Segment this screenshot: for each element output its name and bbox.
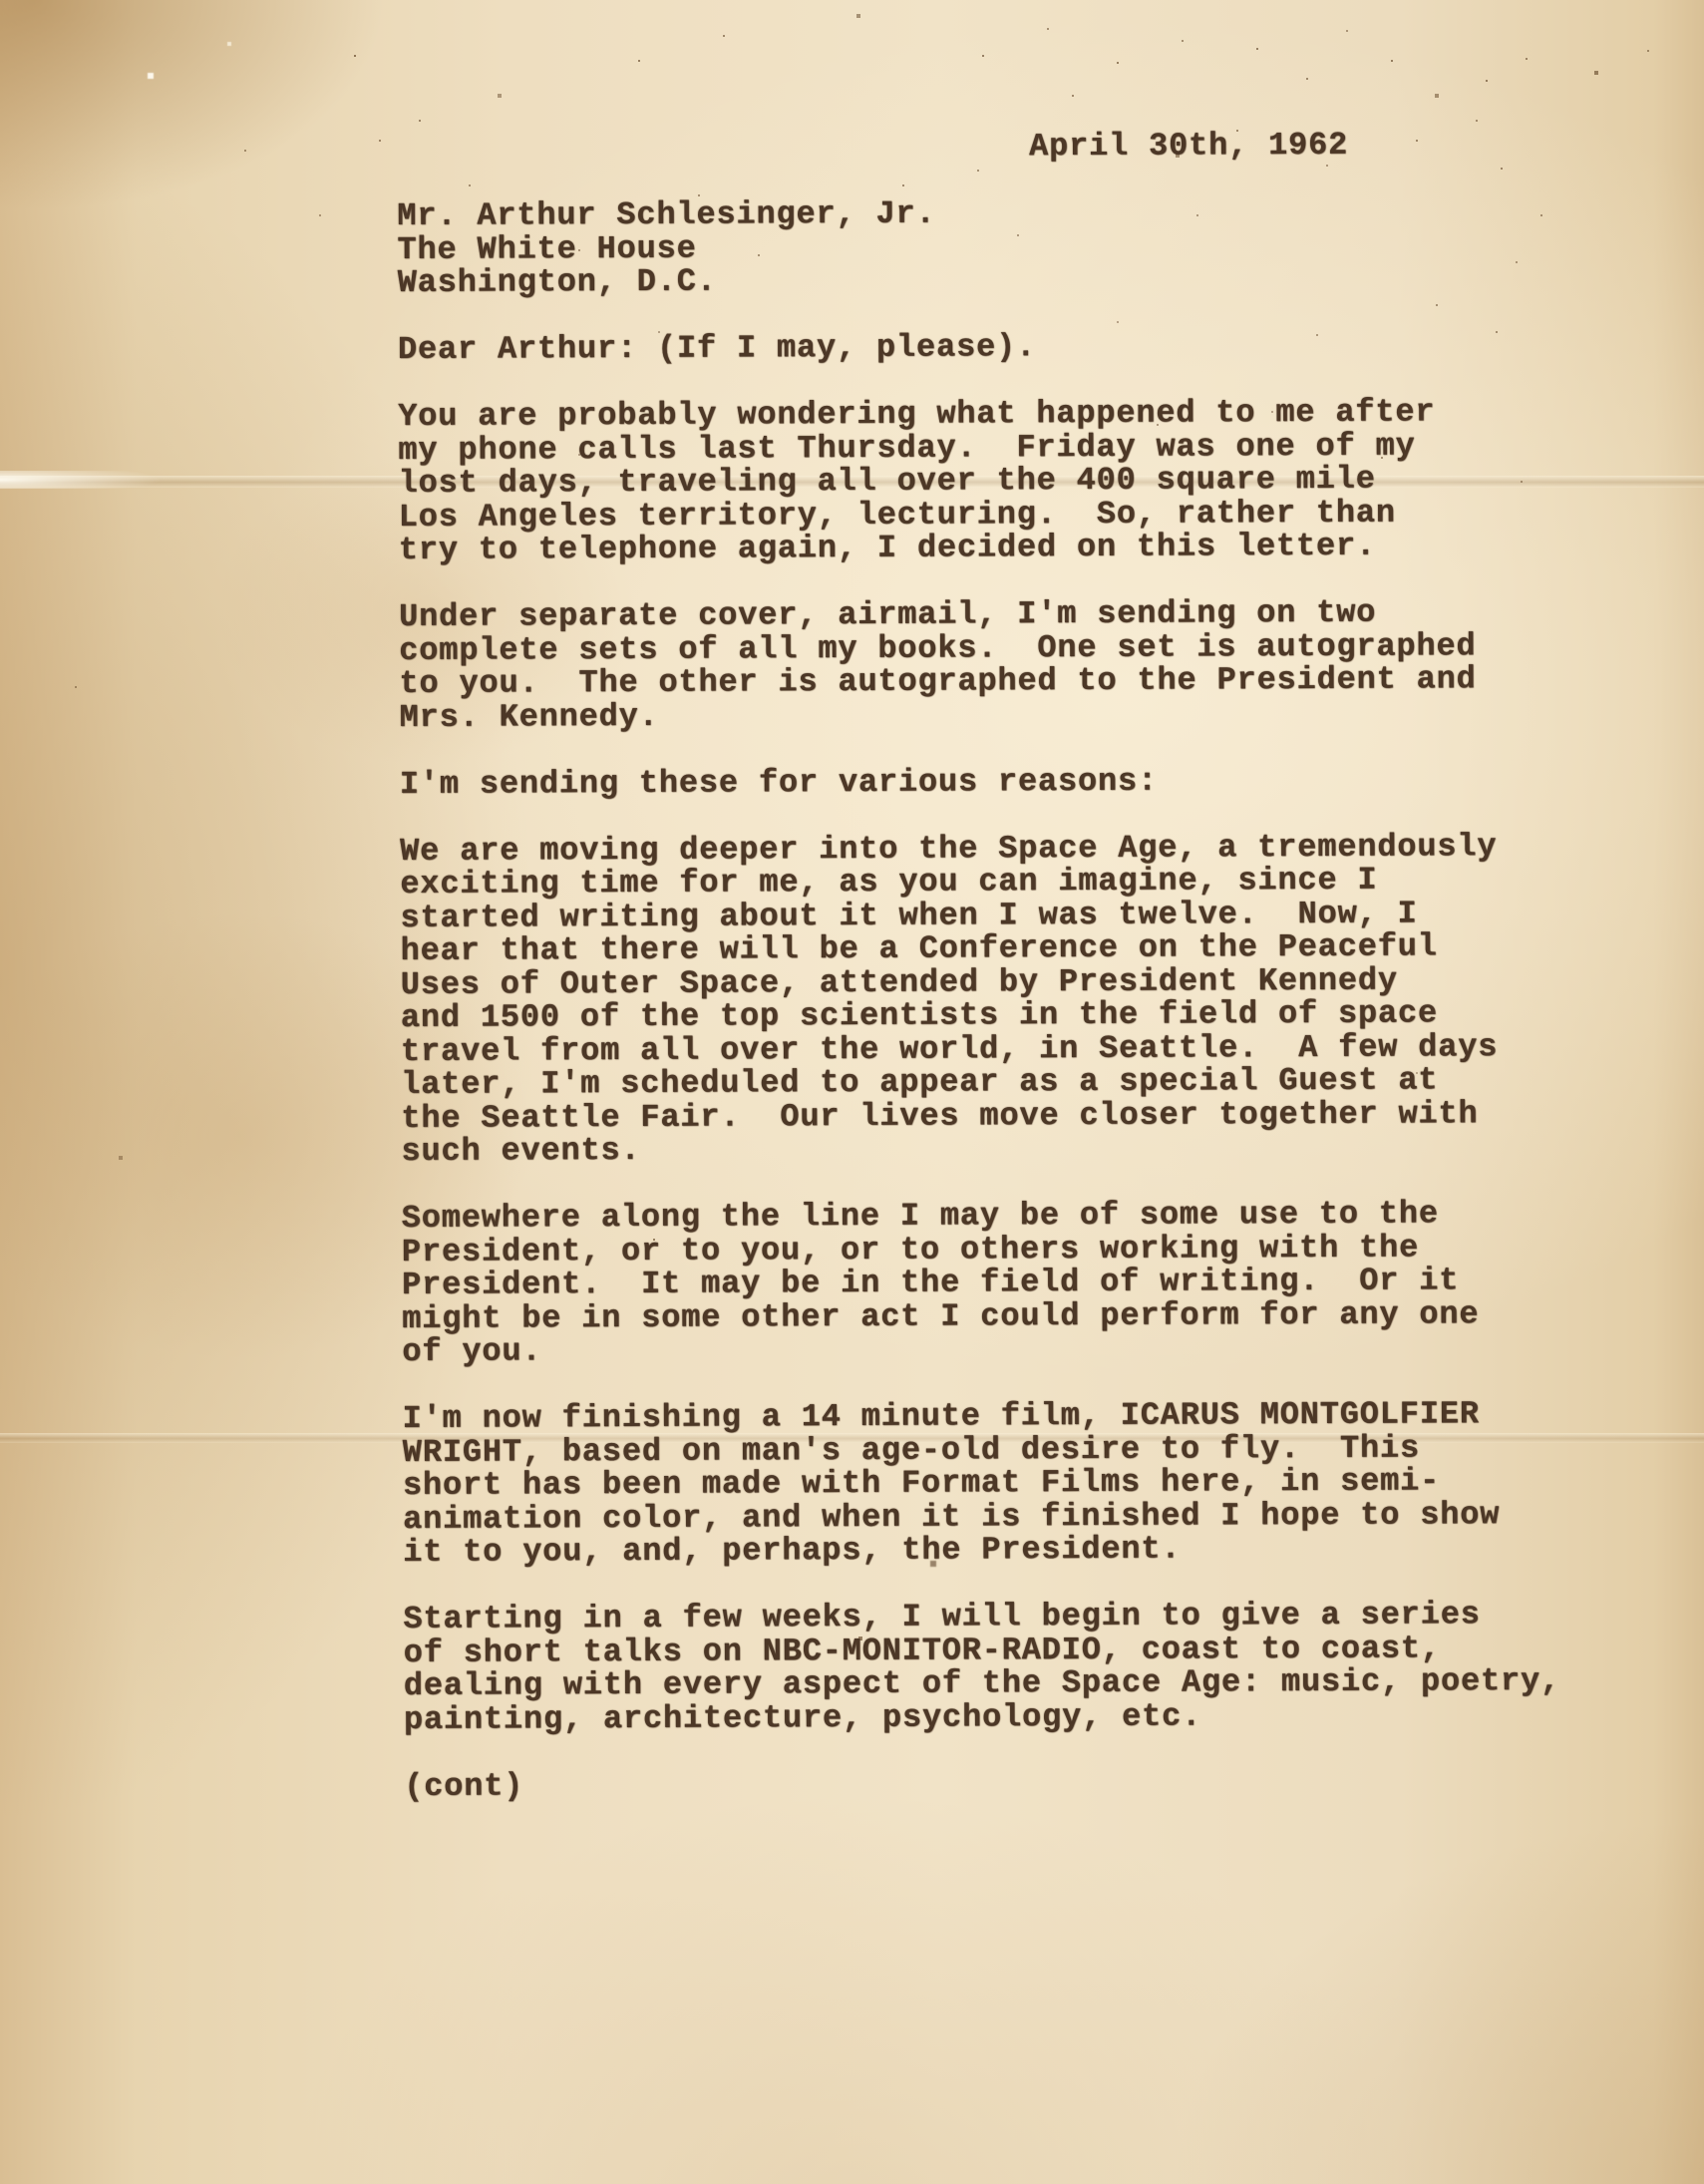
continuation-note: (cont) xyxy=(404,1764,1610,1803)
paragraph-2: Under separate cover, airmail, I'm sendi… xyxy=(399,595,1606,734)
paragraph-4: We are moving deeper into the Space Age,… xyxy=(400,829,1607,1168)
recipient-city: Washington, D.C. xyxy=(398,261,1604,300)
recipient-address: Mr. Arthur Schlesinger, Jr.The White Hou… xyxy=(397,194,1603,300)
paragraph-7: Starting in a few weeks, I will begin to… xyxy=(403,1598,1610,1736)
paragraph-6: I'm now finishing a 14 minute film, ICAR… xyxy=(403,1397,1610,1570)
paragraph-1: You are probably wondering what happened… xyxy=(398,395,1605,567)
fold-tear-left-edge xyxy=(0,471,199,489)
scan-specks xyxy=(0,0,2,2)
recipient-org: The White House xyxy=(397,227,1603,266)
paragraph-5: Somewhere along the line I may be of som… xyxy=(402,1197,1609,1369)
salutation: Dear Arthur: (If I may, please). xyxy=(398,328,1604,367)
letter-body: April 30th, 1962 Mr. Arthur Schlesinger,… xyxy=(397,128,1610,1837)
paragraph-3: I'm sending these for various reasons: xyxy=(400,762,1606,801)
letter-date: April 30th, 1962 xyxy=(1029,128,1603,164)
letter-page: April 30th, 1962 Mr. Arthur Schlesinger,… xyxy=(0,0,1704,2184)
paper-nicks xyxy=(0,0,2,2)
recipient-name: Mr. Arthur Schlesinger, Jr. xyxy=(397,194,1603,233)
